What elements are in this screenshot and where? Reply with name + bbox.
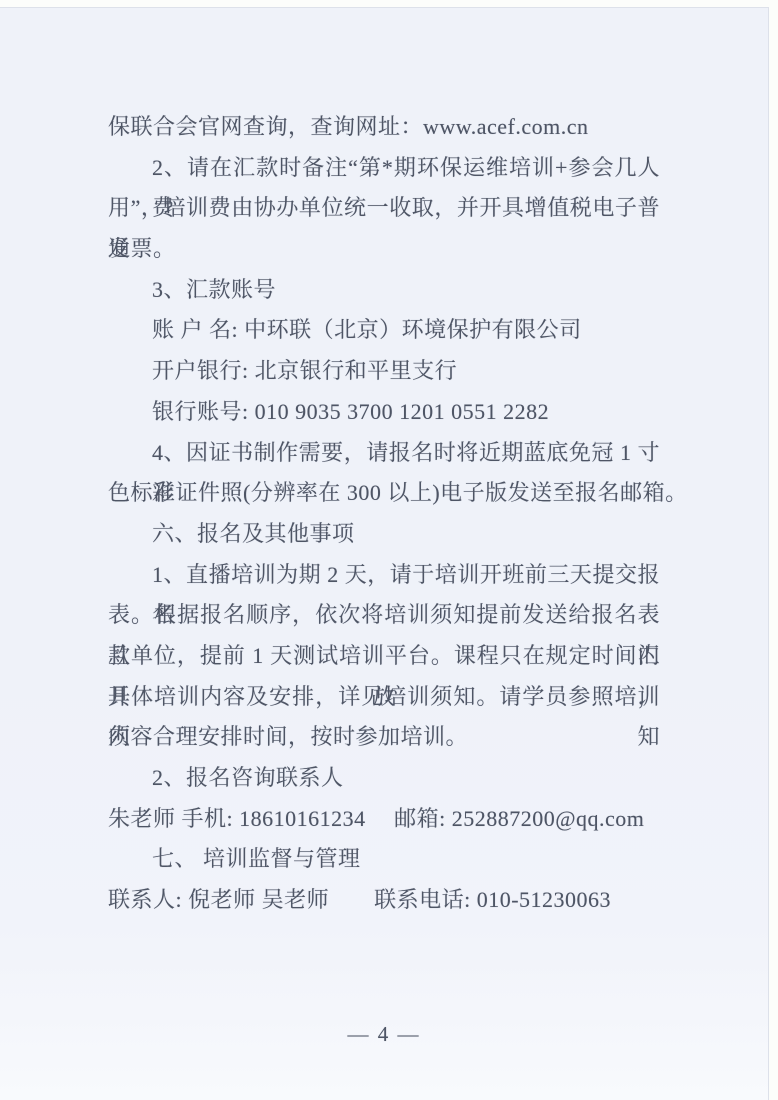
page-background: 保联合会官网查询，查询网址：www.acef.com.cn2、请在汇款时备注“第…	[0, 7, 769, 1100]
page-number: — 4 —	[0, 1022, 768, 1047]
text-line: 保联合会官网查询，查询网址：www.acef.com.cn	[108, 107, 660, 148]
text-line: 联系人: 倪老师 吴老师 联系电话: 010-51230063	[108, 880, 660, 921]
text-line: 账 户 名: 中环联（北京）环境保护有限公司	[108, 310, 660, 351]
text-line: 款单位，提前 1 天测试培训平台。课程只在规定时间内开放，	[108, 636, 660, 677]
text-line: 具体培训内容及安排，详见培训须知。请学员参照培训须知	[108, 677, 660, 718]
text-line: 1、直播培训为期 2 天，请于培训开班前三天提交报名	[108, 555, 660, 596]
text-line: 六、报名及其他事项	[108, 514, 660, 555]
text-line: 发票。	[108, 229, 660, 270]
text-line: 色标准证件照(分辨率在 300 以上)电子版发送至报名邮箱。	[108, 473, 660, 514]
text-line: 开户银行: 北京银行和平里支行	[108, 351, 660, 392]
document-text: 保联合会官网查询，查询网址：www.acef.com.cn2、请在汇款时备注“第…	[108, 107, 660, 921]
text-line: 银行账号: 010 9035 3700 1201 0551 2282	[108, 392, 660, 433]
scanned-document-screenshot: { "document": { "lines": [ { "text": "保联…	[0, 0, 778, 1100]
text-line: 朱老师 手机: 18610161234 邮箱: 252887200@qq.com	[108, 799, 660, 840]
text-line: 4、因证书制作需要，请报名时将近期蓝底免冠 1 寸彩	[108, 433, 660, 474]
text-line: 七、 培训监督与管理	[108, 839, 660, 880]
text-line: 2、请在汇款时备注“第*期环保运维培训+参会几人费	[108, 148, 660, 189]
text-line: 用”，培训费由协办单位统一收取，并开具增值税电子普通	[108, 188, 660, 229]
text-line: 2、报名咨询联系人	[108, 758, 660, 799]
text-line: 3、汇款账号	[108, 270, 660, 311]
text-line: 表。根据报名顺序，依次将培训须知提前发送给报名表且汇	[108, 595, 660, 636]
